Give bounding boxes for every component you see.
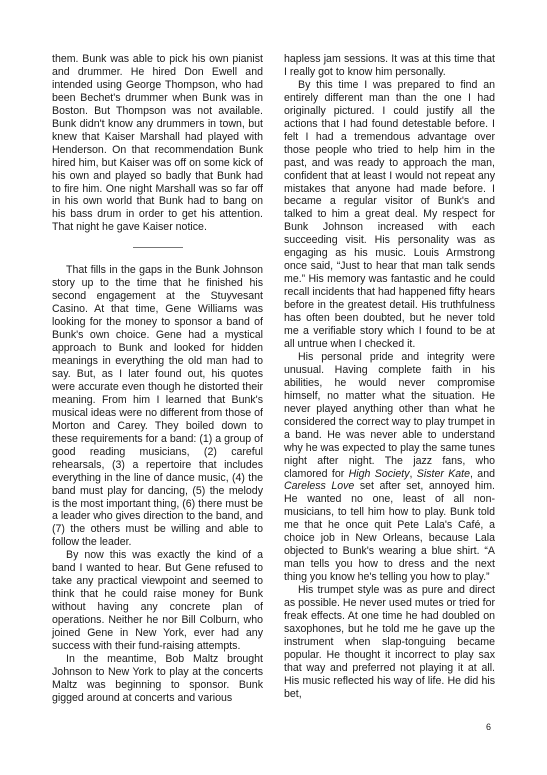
section-separator: [133, 247, 183, 248]
right-column: hapless jam sessions. It was at this tim…: [284, 53, 495, 701]
document-page: them. Bunk was able to pick his own pian…: [0, 0, 547, 775]
paragraph: His personal pride and integrity were un…: [284, 351, 495, 584]
text-span: ,: [410, 468, 417, 480]
page-number: 6: [486, 722, 491, 732]
song-title: Careless Love: [284, 480, 354, 492]
song-title: High Society: [349, 468, 410, 480]
paragraph: That fills in the gaps in the Bunk Johns…: [52, 264, 263, 549]
paragraph: In the meantime, Bob Maltz brought Johns…: [52, 653, 263, 705]
text-span: set after set, annoyed him. He wanted no…: [284, 480, 495, 583]
text-span: , and: [470, 468, 495, 480]
paragraph: them. Bunk was able to pick his own pian…: [52, 53, 263, 234]
paragraph: By this time I was prepared to find an e…: [284, 79, 495, 351]
paragraph: His trumpet style was as pure and direct…: [284, 584, 495, 701]
left-column: them. Bunk was able to pick his own pian…: [52, 53, 263, 705]
song-title: Sister Kate: [417, 468, 470, 480]
text-span: His personal pride and integrity were un…: [284, 351, 495, 480]
paragraph: hapless jam sessions. It was at this tim…: [284, 53, 495, 79]
paragraph: By now this was exactly the kind of a ba…: [52, 549, 263, 653]
